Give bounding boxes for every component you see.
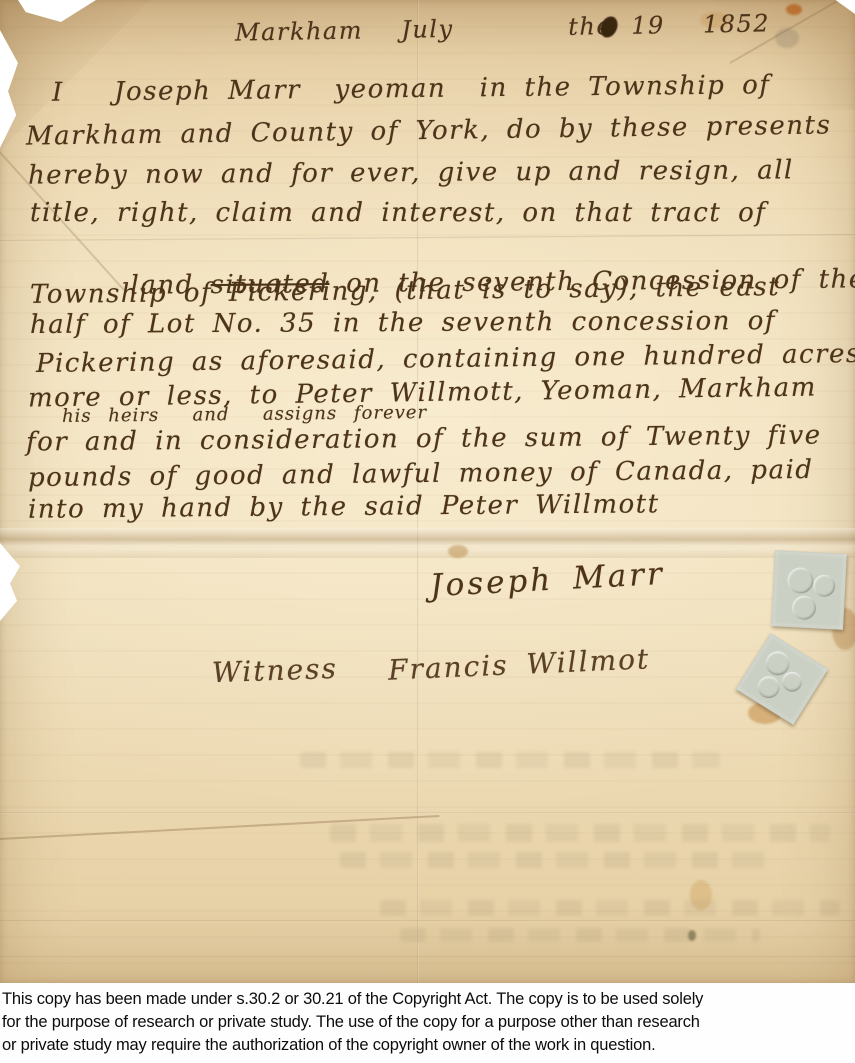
stain-above-signature (448, 545, 468, 558)
handwritten-line-5: title, right, claim and interest, on tha… (30, 198, 766, 228)
copyright-notice: This copy has been made under s.30.2 or … (0, 983, 855, 1063)
seal-emboss-circle (753, 672, 783, 702)
handwritten-line-3: hereby now and for ever, give up and res… (28, 155, 794, 190)
handwritten-line-10: for and in consideration of the sum of T… (26, 421, 822, 458)
showthrough-text-3 (340, 852, 770, 868)
horizontal-crease-lower (0, 812, 855, 814)
embossed-seal-upper (771, 550, 847, 630)
torn-notch-left (0, 543, 20, 621)
stain-top-right (786, 4, 802, 15)
stain-mid-right (690, 880, 712, 910)
seal-emboss-circle (787, 567, 814, 594)
handwritten-line-2: Markham and County of York, do by these … (26, 110, 832, 151)
copyright-line-2: for the purpose of research or private s… (2, 1011, 855, 1034)
showthrough-text-4 (380, 900, 840, 916)
interlined-insertion: his heirs and assigns forever (62, 402, 427, 427)
diagonal-crease-lower-left (0, 815, 439, 840)
document-scan: Markham July the 19 1852 I Joseph Marr y… (0, 0, 855, 1063)
dateline: Markham July the 19 1852 (235, 9, 770, 46)
handwritten-line-11: pounds of good and lawful money of Canad… (28, 455, 814, 493)
seal-emboss-circle (813, 574, 836, 597)
signature-joseph-marr: Joseph Marr (429, 556, 665, 604)
faint-crease-2 (0, 956, 855, 957)
torn-edge-top-left (18, 0, 96, 22)
handwritten-line-12: into my hand by the said Peter Willmott (28, 489, 660, 525)
horizontal-fold-band (0, 528, 855, 558)
witness-signature-francis-willmot: Francis Willmot (387, 642, 650, 686)
faint-crease-1 (0, 920, 855, 921)
handwritten-line-1: I Joseph Marr yeoman in the Township of (52, 70, 771, 108)
embossed-seal-lower (736, 633, 829, 725)
torn-edge-top-right (829, 0, 855, 14)
torn-edge-left-upper (0, 30, 18, 148)
speck-bottom (688, 930, 696, 941)
showthrough-text-5 (400, 928, 760, 942)
showthrough-text-2 (330, 824, 830, 842)
copyright-line-1: This copy has been made under s.30.2 or … (2, 988, 855, 1011)
smudge-top-right (775, 28, 799, 48)
paper-sheet: Markham July the 19 1852 I Joseph Marr y… (0, 0, 855, 983)
showthrough-text-1 (300, 752, 720, 768)
seal-emboss-circle (791, 595, 816, 620)
handwritten-line-7: half of Lot No. 35 in the seventh conces… (30, 306, 776, 340)
witness-label: Witness (211, 652, 338, 689)
copyright-line-3: or private study may require the authori… (2, 1034, 855, 1057)
